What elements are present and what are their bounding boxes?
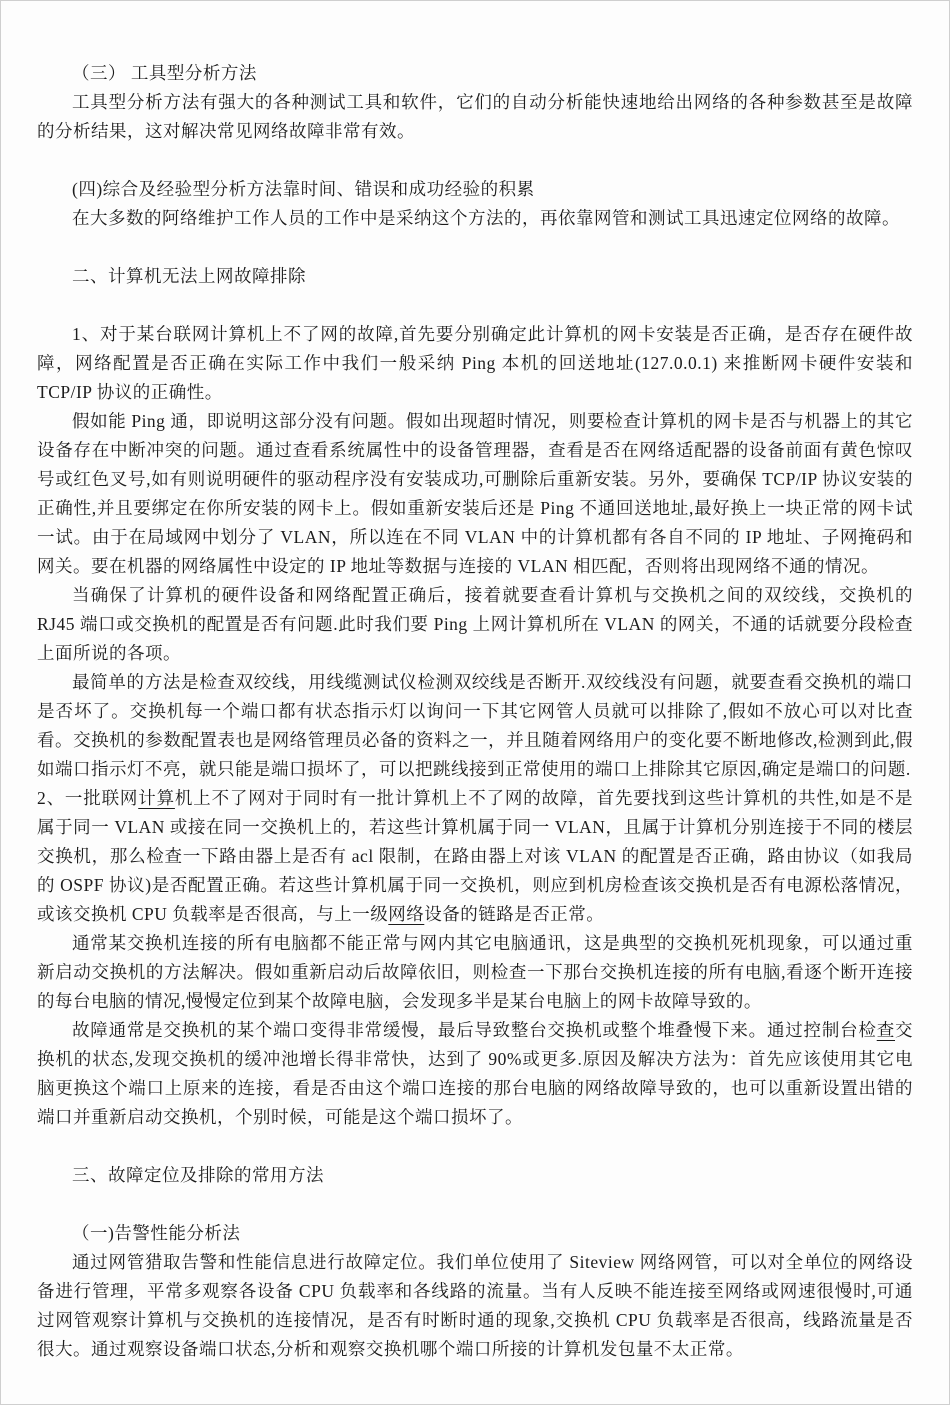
blank-line: [37, 1190, 913, 1219]
section-heading: 三、故障定位及排除的常用方法: [37, 1161, 913, 1190]
section-heading: (四)综合及经验型分析方法靠时间、错误和成功经验的积累: [37, 175, 913, 204]
text-run: （一)告警性能分析法: [72, 1223, 240, 1243]
paragraph: 2、一批联网计算机上不了网对于同时有一批计算机上不了网的故障，首先要找到这些计算…: [37, 784, 913, 929]
text-run: 1、对于某台联网计算机上不了网的故障,首先要分别确定此计算机的网卡安装是否正确，…: [37, 324, 913, 402]
text-run: 二、计算机无法上网故障排除: [72, 266, 306, 286]
paragraph: 在大多数的阿络维护工作人员的工作中是采纳这个方法的，再依靠网管和测试工具迅速定位…: [37, 204, 913, 233]
paragraph: 工具型分析方法有强大的各种测试工具和软件，它们的自动分析能快速地给出网络的各种参…: [37, 88, 913, 146]
document-body: （三） 工具型分析方法工具型分析方法有强大的各种测试工具和软件，它们的自动分析能…: [37, 59, 913, 1364]
document-page: （三） 工具型分析方法工具型分析方法有强大的各种测试工具和软件，它们的自动分析能…: [0, 0, 950, 1405]
paragraph: 假如能 Ping 通，即说明这部分没有问题。假如出现超时情况，则要检查计算机的网…: [37, 407, 913, 581]
text-run: 工具型分析方法有强大的各种测试工具和软件，它们的自动分析能快速地给出网络的各种参…: [37, 92, 913, 141]
text-run: 通过网管猎取告警和性能信息进行故障定位。我们单位使用了 Siteview 网络网…: [37, 1252, 913, 1359]
text-run: 故障通常是交换机的某个端口变得非常缓慢，最后导致整台交换机或整个堆叠慢下来。通过…: [72, 1020, 877, 1040]
text-run: 2、一批联网: [37, 788, 138, 808]
paragraph: 故障通常是交换机的某个端口变得非常缓慢，最后导致整台交换机或整个堆叠慢下来。通过…: [37, 1016, 913, 1132]
text-run: (四)综合及经验型分析方法靠时间、错误和成功经验的积累: [72, 179, 535, 199]
underlined-text: 计算: [138, 788, 175, 808]
section-heading: （一)告警性能分析法: [37, 1219, 913, 1248]
blank-line: [37, 146, 913, 175]
blank-line: [37, 1132, 913, 1161]
text-run: 通常某交换机连接的所有电脑都不能正常与网内其它电脑通讯，这是典型的交换机死机现象…: [37, 933, 913, 1011]
text-run: 当确保了计算机的硬件设备和网络配置正确后，接着就要查看计算机与交换机之间的双绞线…: [37, 585, 913, 663]
paragraph: 最简单的方法是检查双绞线，用线缆测试仪检测双绞线是否断开.双绞线没有问题，就要查…: [37, 668, 913, 784]
blank-line: [37, 291, 913, 320]
underlined-text: 网络: [388, 904, 424, 924]
paragraph: 1、对于某台联网计算机上不了网的故障,首先要分别确定此计算机的网卡安装是否正确，…: [37, 320, 913, 407]
text-run: 最简单的方法是检查双绞线，用线缆测试仪检测双绞线是否断开.双绞线没有问题，就要查…: [37, 672, 913, 779]
text-run: 假如能 Ping 通，即说明这部分没有问题。假如出现超时情况，则要检查计算机的网…: [37, 411, 913, 576]
text-run: 在大多数的阿络维护工作人员的工作中是采纳这个方法的，再依靠网管和测试工具迅速定位…: [72, 208, 900, 228]
section-heading: 二、计算机无法上网故障排除: [37, 262, 913, 291]
underlined-text: 查: [877, 1020, 895, 1040]
paragraph: 通过网管猎取告警和性能信息进行故障定位。我们单位使用了 Siteview 网络网…: [37, 1248, 913, 1364]
paragraph: 通常某交换机连接的所有电脑都不能正常与网内其它电脑通讯，这是典型的交换机死机现象…: [37, 929, 913, 1016]
text-run: （三） 工具型分析方法: [72, 63, 257, 83]
paragraph: 当确保了计算机的硬件设备和网络配置正确后，接着就要查看计算机与交换机之间的双绞线…: [37, 581, 913, 668]
text-run: 设备的链路是否正常。: [424, 904, 604, 924]
section-heading: （三） 工具型分析方法: [37, 59, 913, 88]
blank-line: [37, 233, 913, 262]
text-run: 三、故障定位及排除的常用方法: [72, 1165, 324, 1185]
